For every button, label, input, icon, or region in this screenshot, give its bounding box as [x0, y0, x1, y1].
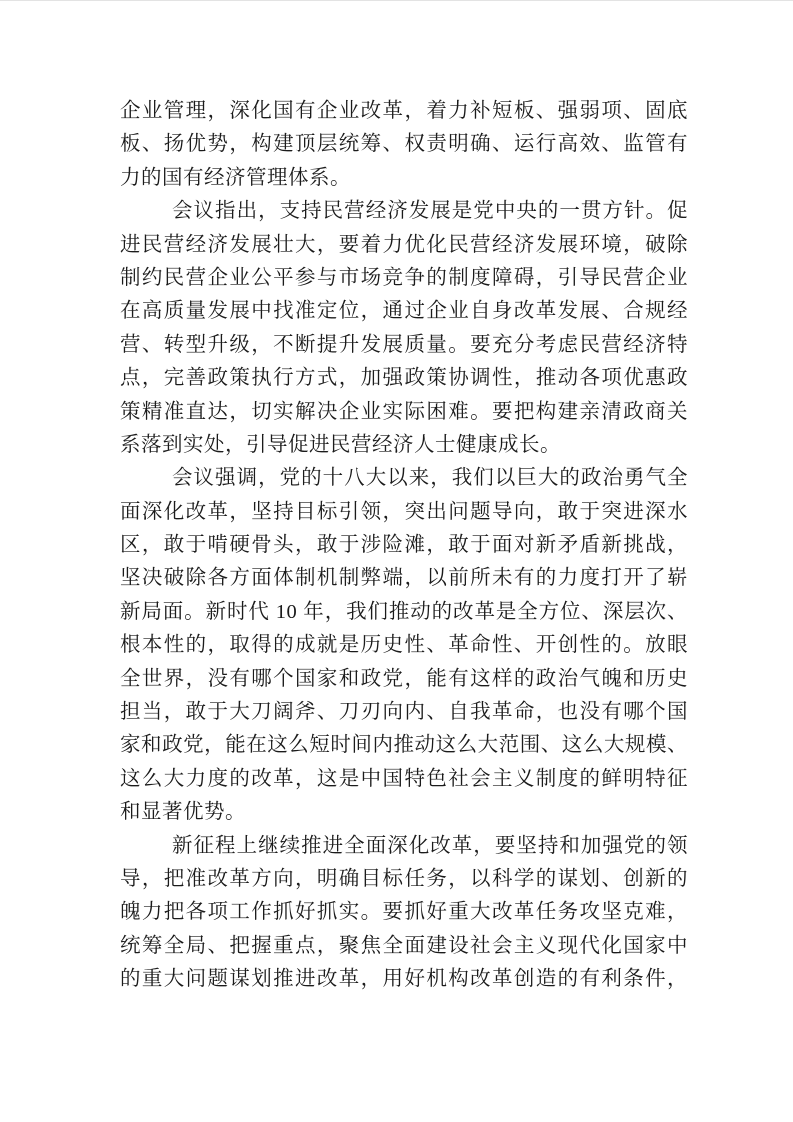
text-line: 魄力把各项工作抓好抓实。要抓好重大改革任务攻坚克难， — [120, 896, 688, 929]
text-line: 会议强调，党的十八大以来，我们以巨大的政治勇气全 — [120, 462, 688, 495]
text-line: 面深化改革，坚持目标引领，突出问题导向，敢于突进深水 — [120, 496, 688, 529]
paragraph-3: 会议强调，党的十八大以来，我们以巨大的政治勇气全面深化改革，坚持目标引领，突出问… — [120, 462, 688, 829]
text-line: 制约民营企业公平参与市场竞争的制度障碍，引导民营企业 — [120, 262, 688, 295]
text-line: 新局面。新时代 10 年，我们推动的改革是全方位、深层次、 — [120, 596, 688, 629]
text-line: 会议指出，支持民营经济发展是党中央的一贯方针。促 — [120, 195, 688, 228]
text-line: 系落到实处，引导促进民营经济人士健康成长。 — [120, 429, 688, 462]
text-line: 担当，敢于大刀阔斧、刀刃向内、自我革命，也没有哪个国 — [120, 696, 688, 729]
text-line: 全世界，没有哪个国家和政党，能有这样的政治气魄和历史 — [120, 663, 688, 696]
document-body: 企业管理，深化国有企业改革，着力补短板、强弱项、固底板、扬优势，构建顶层统筹、权… — [120, 95, 688, 997]
text-line: 根本性的，取得的成就是历史性、革命性、开创性的。放眼 — [120, 629, 688, 662]
text-line: 和显著优势。 — [120, 796, 688, 829]
text-line: 力的国有经济管理体系。 — [120, 162, 688, 195]
text-line: 板、扬优势，构建顶层统筹、权责明确、运行高效、监管有 — [120, 128, 688, 161]
paragraph-2: 会议指出，支持民营经济发展是党中央的一贯方针。促进民营经济发展壮大，要着力优化民… — [120, 195, 688, 462]
document-page: { "page": { "background_color": "#ffffff… — [0, 0, 793, 1122]
page-top-edge — [0, 0, 793, 1]
text-line: 家和政党，能在这么短时间内推动这么大范围、这么大规模、 — [120, 729, 688, 762]
paragraph-1: 企业管理，深化国有企业改革，着力补短板、强弱项、固底板、扬优势，构建顶层统筹、权… — [120, 95, 688, 195]
text-line: 企业管理，深化国有企业改革，着力补短板、强弱项、固底 — [120, 95, 688, 128]
text-line: 导，把准改革方向，明确目标任务，以科学的谋划、创新的 — [120, 863, 688, 896]
text-line: 在高质量发展中找准定位，通过企业自身改革发展、合规经 — [120, 295, 688, 328]
text-line: 进民营经济发展壮大，要着力优化民营经济发展环境，破除 — [120, 229, 688, 262]
text-line: 的重大问题谋划推进改革，用好机构改革创造的有利条件， — [120, 963, 688, 996]
text-line: 策精准直达，切实解决企业实际困难。要把构建亲清政商关 — [120, 396, 688, 429]
text-line: 坚决破除各方面体制机制弊端，以前所未有的力度打开了崭 — [120, 562, 688, 595]
text-line: 点，完善政策执行方式，加强政策协调性，推动各项优惠政 — [120, 362, 688, 395]
text-line: 营、转型升级，不断提升发展质量。要充分考虑民营经济特 — [120, 329, 688, 362]
text-line: 区，敢于啃硬骨头，敢于涉险滩，敢于面对新矛盾新挑战， — [120, 529, 688, 562]
text-line: 统筹全局、把握重点，聚焦全面建设社会主义现代化国家中 — [120, 930, 688, 963]
paragraph-4: 新征程上继续推进全面深化改革，要坚持和加强党的领导，把准改革方向，明确目标任务，… — [120, 830, 688, 997]
text-line: 新征程上继续推进全面深化改革，要坚持和加强党的领 — [120, 830, 688, 863]
text-line: 这么大力度的改革，这是中国特色社会主义制度的鲜明特征 — [120, 763, 688, 796]
